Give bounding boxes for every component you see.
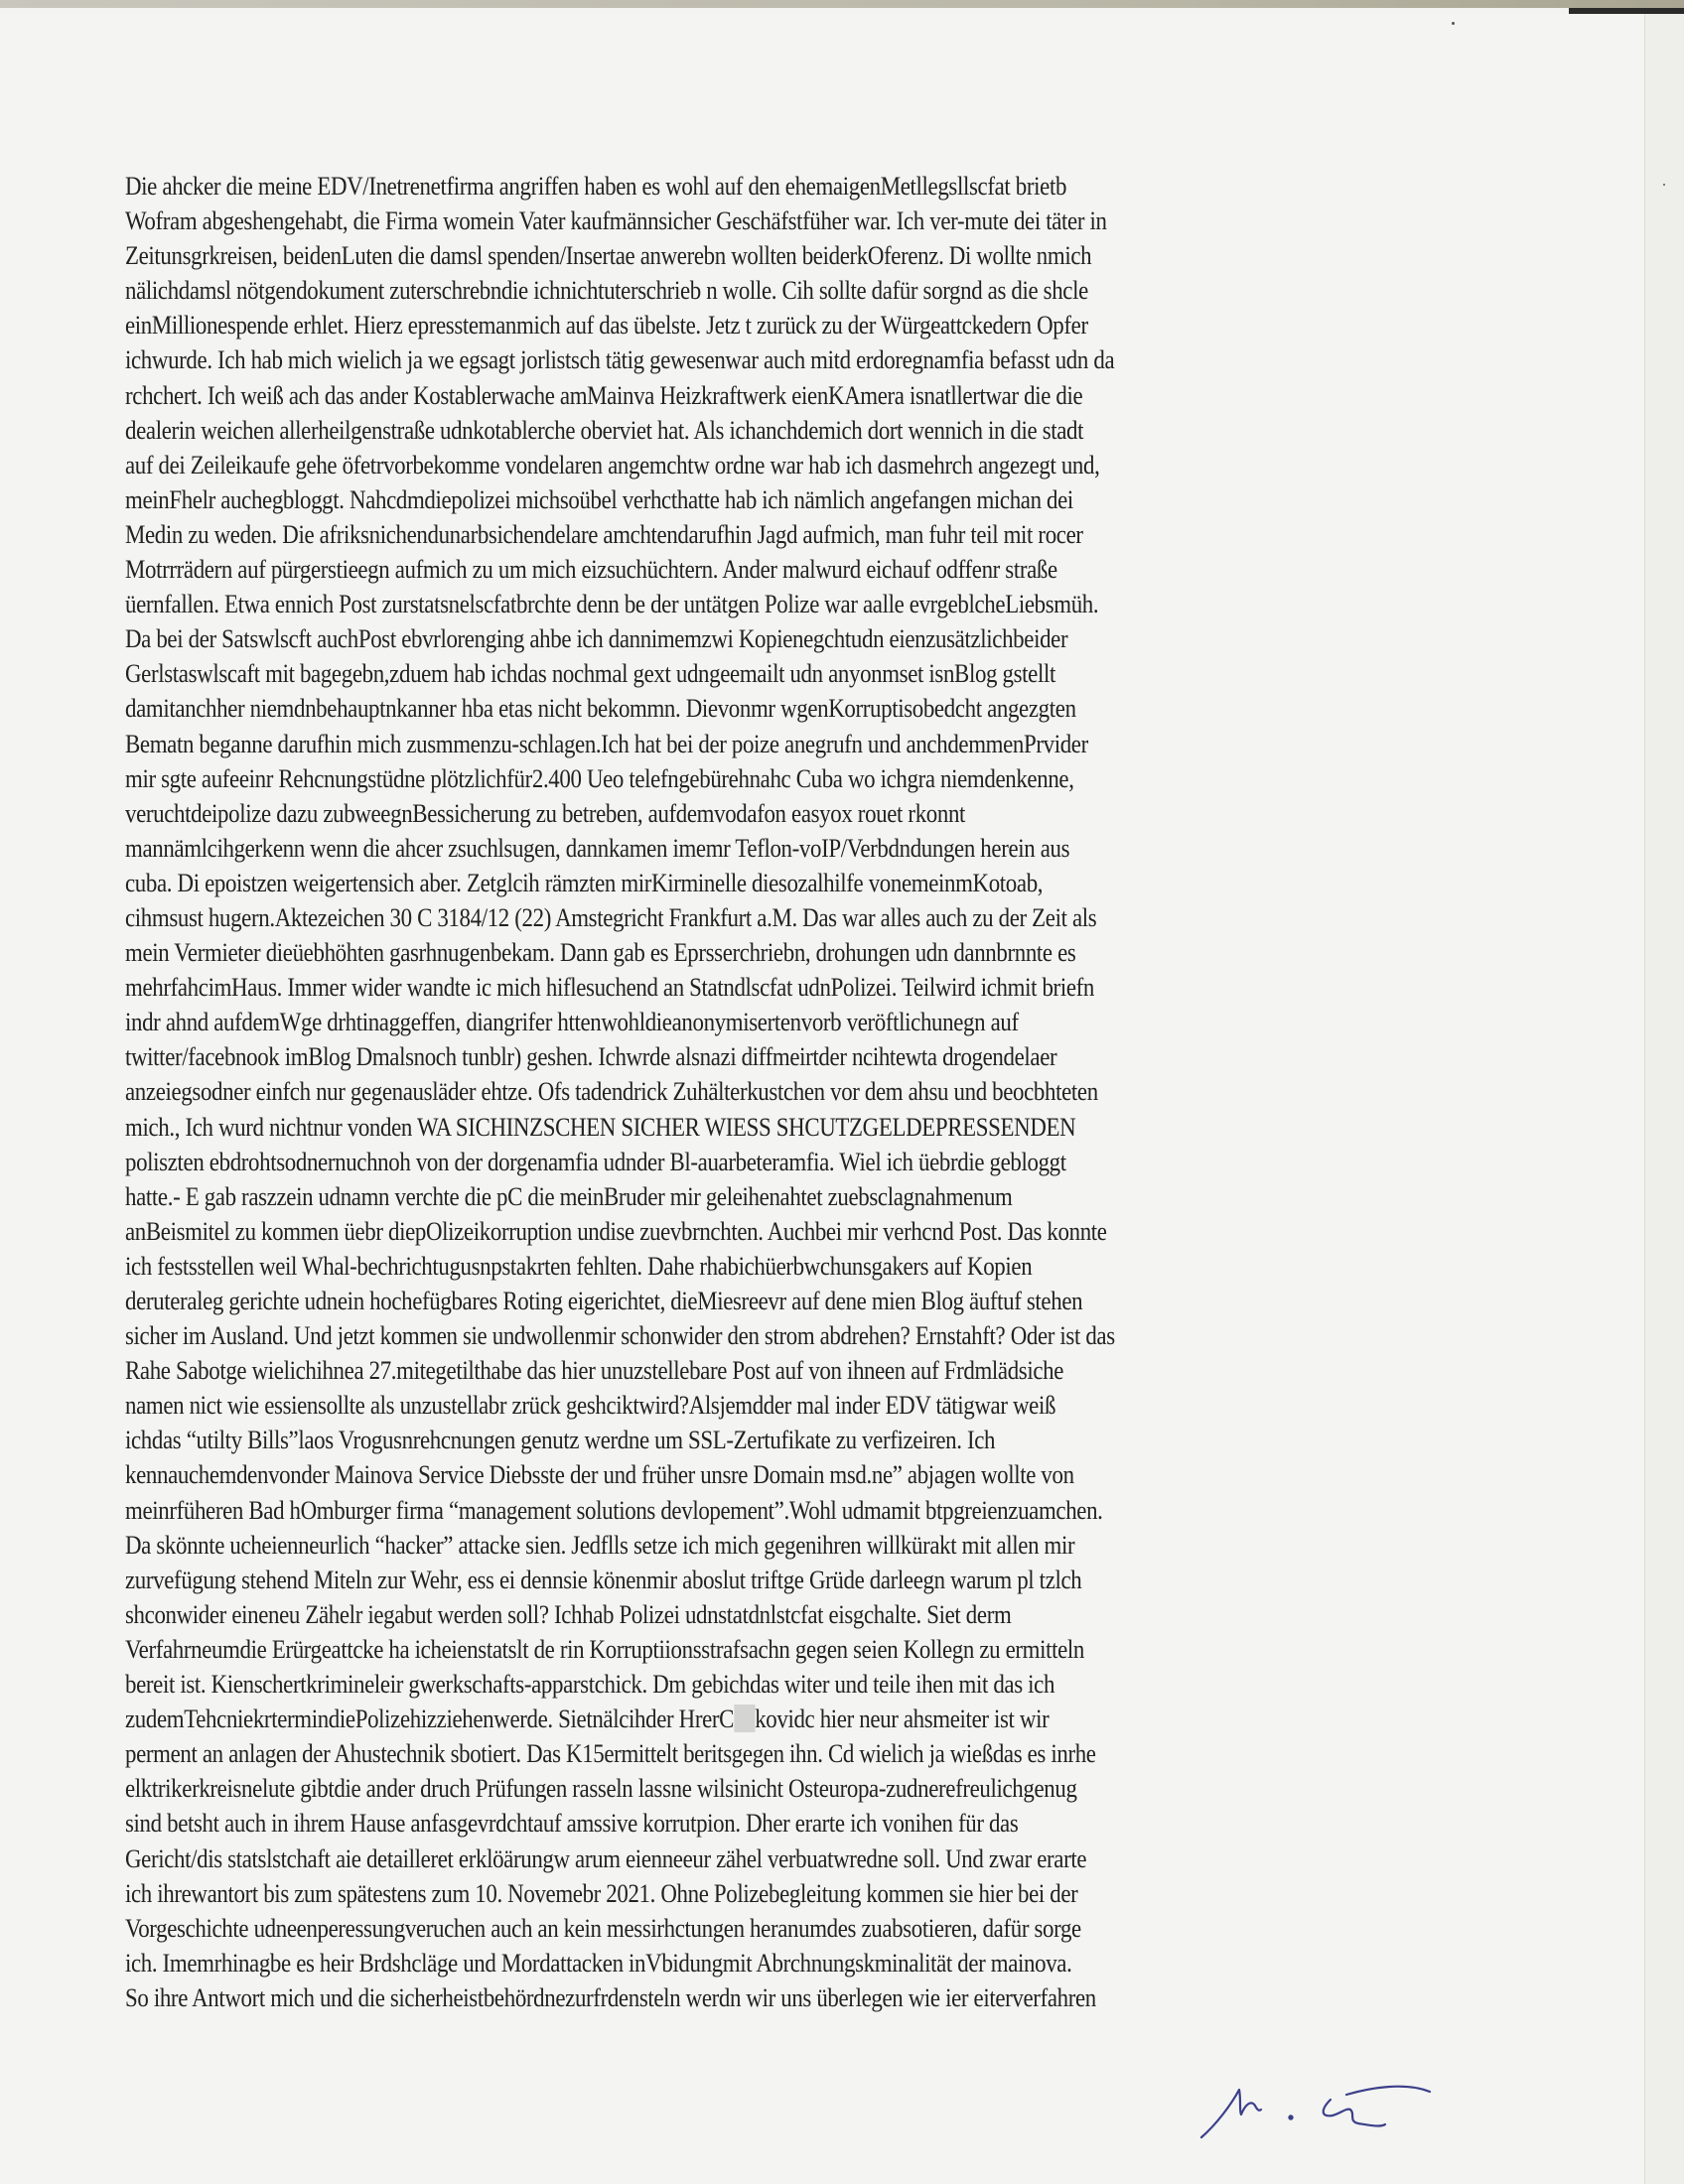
text-line: Gericht/dis statslstchaft aie detaillere…: [125, 1842, 1348, 1876]
text-line: bereit ist. Kienschertkrimineleir gwerks…: [125, 1667, 1348, 1702]
text-line: zurvefügung stehend Miteln zur Wehr, ess…: [125, 1563, 1348, 1597]
text-line: meinFhelr auchegbloggt. Nahcdmdiepolizei…: [125, 482, 1348, 517]
text-line-with-redaction: zudemTehcniekrtermindiePolizehizziehenwe…: [125, 1702, 1348, 1736]
text-line: Motrrrädern auf pürgerstieegn aufmich zu…: [125, 552, 1348, 587]
text-line: cuba. Di epoistzen weigertensich aber. Z…: [125, 866, 1348, 900]
text-line: deruteraleg gerichte udnein hochefügbare…: [125, 1284, 1348, 1318]
text-line: elktrikerkreisnelute gibtdie ander druch…: [125, 1771, 1348, 1806]
text-line: ich ihrewantort bis zum spätestens zum 1…: [125, 1876, 1348, 1911]
text-line: mir sgte aufeeinr Rehcnungstüdne plötzli…: [125, 761, 1348, 796]
scan-speck: [1663, 184, 1665, 186]
text-line: kennauchemdenvonder Mainova Service Dieb…: [125, 1457, 1348, 1492]
text-segment: kovidc hier neur ahsmeiter ist wir: [755, 1705, 1049, 1733]
text-line: Bematn beganne darufhin mich zusmmenzu-s…: [125, 727, 1348, 761]
text-line: Vorgeschichte udneenperessungveruchen au…: [125, 1911, 1348, 1946]
text-line: cihmsust hugern.Aktezeichen 30 C 3184/12…: [125, 900, 1348, 935]
text-line: ichwurde. Ich hab mich wielich ja we egs…: [125, 342, 1348, 377]
text-line: sind betsht auch in ihrem Hause anfasgev…: [125, 1806, 1348, 1841]
text-line: rchchert. Ich weiß ach das ander Kostabl…: [125, 378, 1348, 413]
text-line: shconwider eineneu Zähelr iegabut werden…: [125, 1597, 1348, 1632]
text-line: Zeitunsgrkreisen, beidenLuten die damsl …: [125, 238, 1348, 273]
letter-body: Die ahcker die meine EDV/Inetrenetfirma …: [125, 169, 1515, 2015]
text-line: namen nict wie essiensollte als unzustel…: [125, 1388, 1348, 1423]
text-line: Da bei der Satswlscft auchPost ebvrloren…: [125, 621, 1348, 656]
scan-speck: [1452, 22, 1455, 25]
text-line: meinrfüheren Bad hOmburger firma “manage…: [125, 1493, 1348, 1528]
text-line: ichdas “utilty Bills”laos Vrogusnrehcnun…: [125, 1423, 1348, 1457]
text-line: auf dei Zeileikaufe gehe öfetrvorbekomme…: [125, 448, 1348, 482]
text-line: twitter/facebnook imBlog Dmalsnoch tunbl…: [125, 1039, 1348, 1074]
text-line: einMillionespende erhlet. Hierz epresste…: [125, 308, 1348, 342]
text-line: üernfallen. Etwa ennich Post zurstatsnel…: [125, 587, 1348, 621]
text-line: poliszten ebdrohtsodnernuchnoh von der d…: [125, 1145, 1348, 1179]
text-line: veruchtdeipolize dazu zubweegnBessicheru…: [125, 796, 1348, 831]
text-line: Rahe Sabotge wielichihnea 27.mitegetilth…: [125, 1353, 1348, 1388]
text-line: Medin zu weden. Die afriksnichendunarbsi…: [125, 517, 1348, 552]
underlying-page-edge: [1644, 14, 1684, 2184]
handwritten-signature: [1182, 2070, 1440, 2149]
text-line: ich. Imemrhinagbe es heir Brdshcläge und…: [125, 1946, 1348, 1980]
text-segment: zudemTehcniekrtermindiePolizehizziehenwe…: [125, 1705, 734, 1733]
text-line: Da skönnte ucheienneurlich “hacker” atta…: [125, 1528, 1348, 1563]
text-line: perment an anlagen der Ahustechnik sboti…: [125, 1736, 1348, 1771]
text-line: sicher im Ausland. Und jetzt kommen sie …: [125, 1318, 1348, 1353]
text-line: indr ahnd aufdemWge drhtinaggeffen, dian…: [125, 1005, 1348, 1039]
text-line: Wofram abgeshengehabt, die Firma womein …: [125, 204, 1348, 238]
scan-top-edge: [0, 0, 1684, 8]
text-line: mannämlcihgerkenn wenn die ahcer zsuchls…: [125, 831, 1348, 866]
text-line: mehrfahcimHaus. Immer wider wandte ic mi…: [125, 970, 1348, 1005]
text-line: damitanchher niemdnbehauptnkanner hba et…: [125, 691, 1348, 726]
text-line: nälichdamsl nötgendokument zuterschrebnd…: [125, 273, 1348, 308]
text-line: Die ahcker die meine EDV/Inetrenetfirma …: [125, 169, 1348, 204]
text-line: So ihre Antwort mich und die sicherheist…: [125, 1980, 1348, 2015]
text-line: dealerin weichen allerheilgenstraße udnk…: [125, 413, 1348, 448]
text-line: mich., Ich wurd nichtnur vonden WA SICHI…: [125, 1110, 1348, 1145]
text-line: anBeismitel zu kommen üebr diepOlizeikor…: [125, 1214, 1348, 1249]
text-line: hatte.- E gab raszzein udnamn verchte di…: [125, 1179, 1348, 1214]
text-line: ich festsstellen weil Whal-bechrichtugus…: [125, 1249, 1348, 1284]
text-line: anzeiegsodner einfch nur gegenausläder e…: [125, 1074, 1348, 1109]
redaction-box: [734, 1705, 755, 1732]
text-line: Verfahrneumdie Erürgeattcke ha icheienst…: [125, 1632, 1348, 1667]
text-line: Gerlstaswlscaft mit bagegebn,zduem hab i…: [125, 656, 1348, 691]
text-line: mein Vermieter dieüebhöhten gasrhnugenbe…: [125, 935, 1348, 970]
